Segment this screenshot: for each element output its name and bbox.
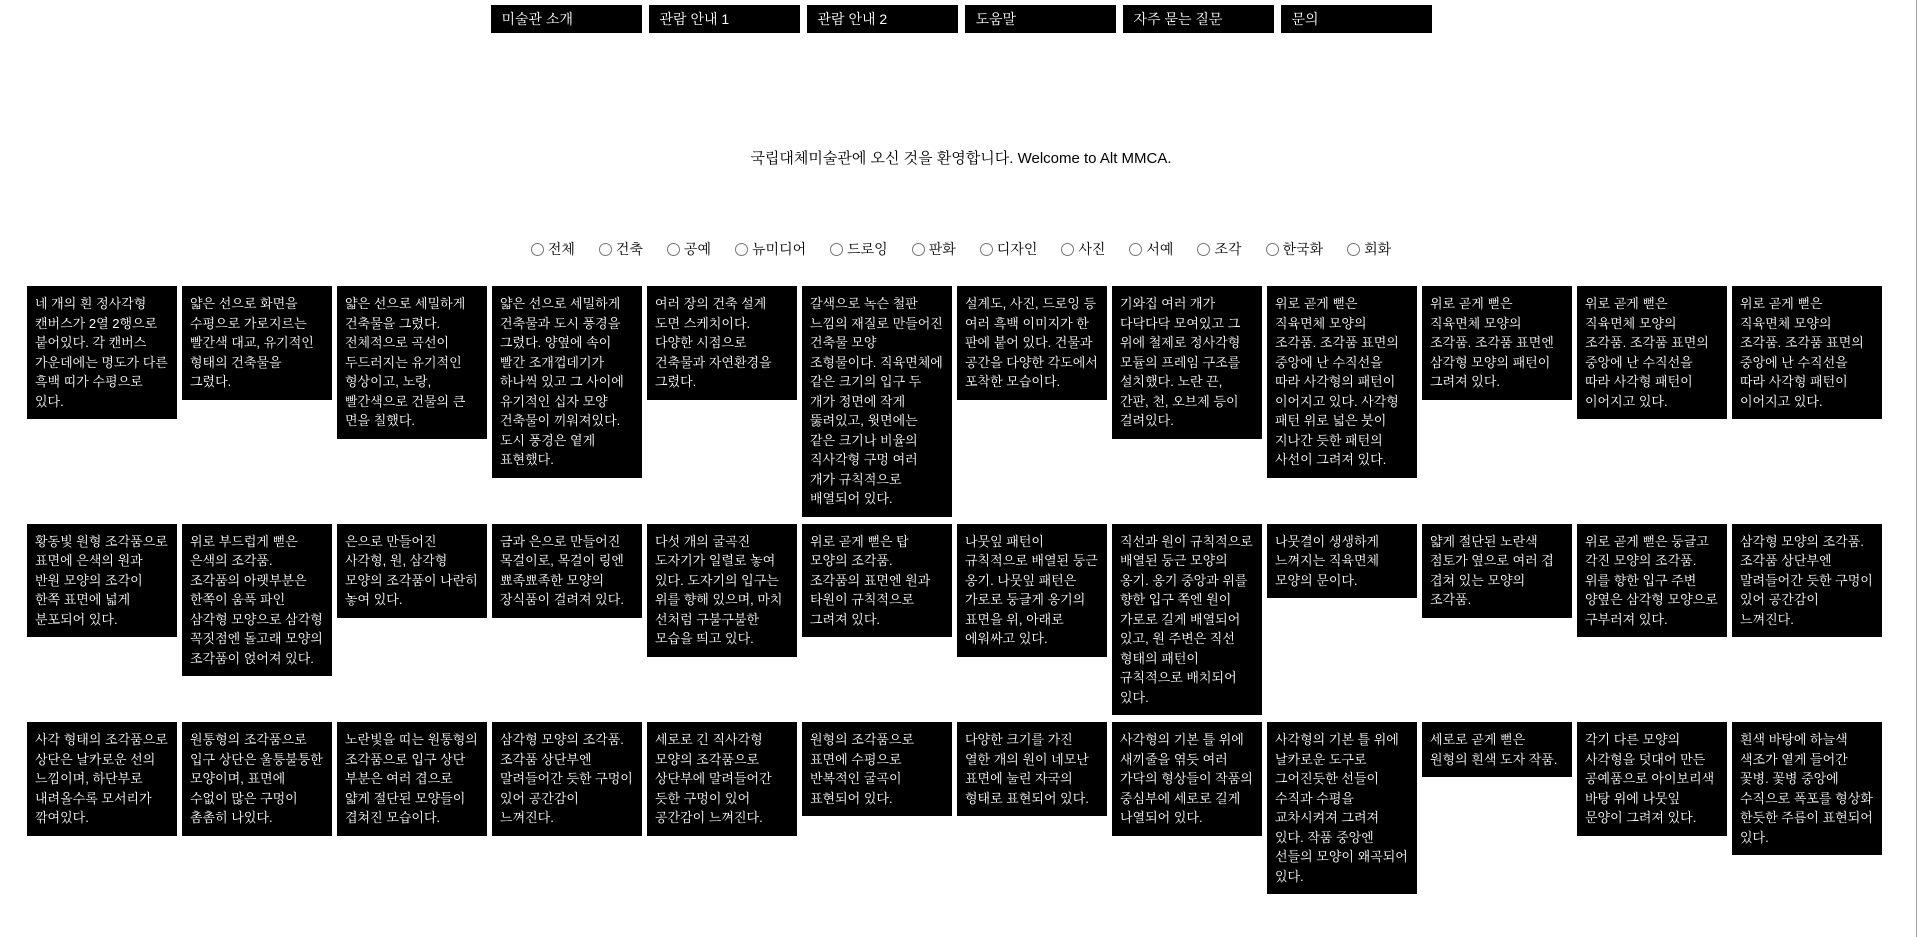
artwork-card[interactable]: 위로 곧게 뻗은 둥글고 각진 모양의 조각품. 위를 향한 입구 주변 양옆은… [1577,524,1727,638]
artwork-card[interactable]: 여러 장의 건축 설계 도면 스케치이다. 다양한 시점으로 건축물과 자연환경… [647,286,797,400]
artwork-card[interactable]: 위로 부드럽게 뻗은 은색의 조각품. 조각품의 아랫부분은 한쪽이 움푹 파인… [182,524,332,677]
page: { "colors": { "page_bg": "#ffffff", "nav… [0,0,1922,937]
artwork-card[interactable]: 얇은 선으로 세밀하게 건축물과 도시 풍경을 그렸다. 양옆에 속이 빨간 조… [492,286,642,478]
filter-option-korean-painting[interactable]: 한국화 [1266,239,1324,259]
artwork-card[interactable]: 직선과 원이 규칙적으로 배열된 둥근 모양의 옹기. 옹기 중앙과 위를 향한… [1112,524,1262,716]
filter-label: 공예 [684,239,711,259]
filter-option-painting[interactable]: 회화 [1347,239,1391,259]
artwork-card[interactable]: 갈색으로 녹슨 철판 느낌의 재질로 만들어진 건축물 모양 조형물이다. 직육… [802,286,952,517]
filter-radio-new-media[interactable] [735,243,748,256]
filter-radio-design[interactable] [980,243,993,256]
artwork-card[interactable]: 삼각형 모양의 조각품. 조각품 상단부엔 말려들어간 듯한 구멍이 있어 공간… [492,722,642,836]
filter-option-all[interactable]: 전체 [531,239,575,259]
filter-label: 사진 [1078,239,1105,259]
filter-option-photography[interactable]: 사진 [1061,239,1105,259]
nav-item-contact[interactable]: 문의 [1281,5,1432,33]
artwork-card[interactable]: 위로 곧게 뻗은 직육면체 모양의 조각품. 조각품 표면의 중앙에 난 수직선… [1267,286,1417,478]
filter-option-calligraphy[interactable]: 서예 [1129,239,1173,259]
filter-radio-painting[interactable] [1347,243,1360,256]
filter-label: 뉴미디어 [752,239,806,259]
filter-radio-sculpture[interactable] [1197,243,1210,256]
filter-label: 판화 [929,239,956,259]
welcome-message: 국립대체미술관에 오신 것을 환영합니다. Welcome to Alt MMC… [0,147,1922,168]
artwork-card[interactable]: 은으로 만들어진 사각형, 원, 삼각형 모양의 조각품이 나란히 놓여 있다. [337,524,487,618]
artwork-card[interactable]: 위로 곧게 뻗은 직육면체 모양의 조각품. 조각품 표면의 중앙에 난 수직선… [1577,286,1727,419]
filter-radio-architecture[interactable] [599,243,612,256]
filter-label: 한국화 [1283,239,1324,259]
artwork-card[interactable]: 나뭇결이 생생하게 느껴지는 직육면체 모양의 문이다. [1267,524,1417,599]
nav-item-help[interactable]: 도움말 [965,5,1116,33]
artwork-card[interactable]: 원형의 조각품으로 표면에 수평으로 반복적인 굴곡이 표현되어 있다. [802,722,952,816]
filter-label: 조각 [1214,239,1241,259]
top-navigation: 미술관 소개관람 안내 1관람 안내 2도움말자주 묻는 질문문의 [0,5,1922,33]
artwork-card[interactable]: 위로 곧게 뻗은 탑 모양의 조각품. 조각품의 표면엔 원과 타원이 규칙적으… [802,524,952,638]
artwork-card[interactable]: 사각형의 기본 틀 위에 새끼줄을 엮듯 여러 가닥의 형상들이 작품의 중심부… [1112,722,1262,836]
filter-label: 서예 [1146,239,1173,259]
filter-option-architecture[interactable]: 건축 [599,239,643,259]
filter-option-sculpture[interactable]: 조각 [1197,239,1241,259]
nav-item-visit-guide-1[interactable]: 관람 안내 1 [649,5,800,33]
artwork-card[interactable]: 위로 곧게 뻗은 직육면체 모양의 조각품. 조각품 표면엔 삼각형 모양의 패… [1422,286,1572,400]
filter-radio-calligraphy[interactable] [1129,243,1142,256]
artwork-card[interactable]: 황동빛 원형 조각품으로 표면에 은색의 원과 반원 모양의 조각이 한쪽 표면… [27,524,177,638]
artwork-card[interactable]: 흰색 바탕에 하늘색 색조가 옅게 들어간 꽃병. 꽃병 중앙에 수직으로 폭포… [1732,722,1882,855]
nav-item-faq[interactable]: 자주 묻는 질문 [1123,5,1274,33]
filter-radio-korean-painting[interactable] [1266,243,1279,256]
artwork-card[interactable]: 얇은 선으로 화면을 수평으로 가로지르는 빨간색 대교, 유기적인 형태의 건… [182,286,332,400]
artwork-card[interactable]: 위로 곧게 뻗은 직육면체 모양의 조각품. 조각품 표면의 중앙에 난 수직선… [1732,286,1882,419]
filter-option-new-media[interactable]: 뉴미디어 [735,239,806,259]
artwork-card[interactable]: 얇게 절단된 노란색 점토가 옆으로 여러 겹 겹쳐 있는 모양의 조각품. [1422,524,1572,618]
artwork-card-grid: 네 개의 흰 정사각형 캔버스가 2열 2행으로 붙어있다. 각 캔버스 가운데… [27,286,1882,894]
filter-option-drawing[interactable]: 드로잉 [830,239,888,259]
filter-label: 회화 [1364,239,1391,259]
filter-option-craft[interactable]: 공예 [667,239,711,259]
filter-radio-print[interactable] [912,243,925,256]
artwork-card[interactable]: 세로로 긴 직사각형 모양의 조각품으로 상단부에 말려들어간 듯한 구멍이 있… [647,722,797,836]
filter-option-print[interactable]: 판화 [912,239,956,259]
artwork-card[interactable]: 세로로 곧게 뻗은 원형의 흰색 도자 작품. [1422,722,1572,777]
nav-item-about[interactable]: 미술관 소개 [491,5,642,33]
filter-radio-craft[interactable] [667,243,680,256]
artwork-card[interactable]: 노란빛을 띠는 원통형의 조각품으로 입구 상단 부분은 여러 겹으로 얇게 절… [337,722,487,836]
artwork-card[interactable]: 원통형의 조각품으로 입구 상단은 울퉁불퉁한 모양이며, 표면에 수없이 많은… [182,722,332,836]
nav-item-visit-guide-2[interactable]: 관람 안내 2 [807,5,958,33]
artwork-card[interactable]: 네 개의 흰 정사각형 캔버스가 2열 2행으로 붙어있다. 각 캔버스 가운데… [27,286,177,419]
artwork-card[interactable]: 사각 형태의 조각품으로 상단은 날카로운 선의 느낌이며, 하단부로 내려올수… [27,722,177,836]
artwork-card[interactable]: 설계도, 사진, 드로잉 등 여러 흑백 이미지가 한 판에 붙어 있다. 건물… [957,286,1107,400]
artwork-card[interactable]: 얇은 선으로 세밀하게 건축물을 그렸다. 전체적으로 곡선이 두드러지는 유기… [337,286,487,439]
filter-label: 건축 [616,239,643,259]
artwork-card[interactable]: 금과 은으로 만들어진 목걸이로, 목걸이 링엔 뾰족뾰족한 모양의 장식품이 … [492,524,642,618]
filter-radio-photography[interactable] [1061,243,1074,256]
artwork-card[interactable]: 다섯 개의 굴곡진 도자기가 일렬로 놓여 있다. 도자기의 입구는 위를 향해… [647,524,797,657]
artwork-card[interactable]: 각기 다른 모양의 사각형을 덧대어 만든 공예품으로 아이보리색 바탕 위에 … [1577,722,1727,836]
artwork-card[interactable]: 사각형의 기본 틀 위에 날카로운 도구로 그어진듯한 선들이 수직과 수평을 … [1267,722,1417,894]
filter-radio-all[interactable] [531,243,544,256]
artwork-card[interactable]: 삼각형 모양의 조각품. 조각품 상단부엔 말려들어간 듯한 구멍이 있어 공간… [1732,524,1882,638]
window-edge-line [1916,0,1917,937]
artwork-card[interactable]: 기와집 여러 개가 다닥다닥 모여있고 그 위에 철제로 정사각형 모듈의 프레… [1112,286,1262,439]
filter-option-design[interactable]: 디자인 [980,239,1038,259]
filter-label: 전체 [548,239,575,259]
category-filter-group: 전체건축공예뉴미디어드로잉판화디자인사진서예조각한국화회화 [0,239,1922,259]
artwork-card[interactable]: 다양한 크기를 가진 열한 개의 원이 네모난 표면에 눌린 자국의 형태로 표… [957,722,1107,816]
artwork-card[interactable]: 나뭇잎 패턴이 규칙적으로 배열된 둥근 옹기. 나뭇잎 패턴은 가로로 둥글게… [957,524,1107,657]
filter-label: 디자인 [997,239,1038,259]
filter-radio-drawing[interactable] [830,243,843,256]
filter-label: 드로잉 [847,239,888,259]
